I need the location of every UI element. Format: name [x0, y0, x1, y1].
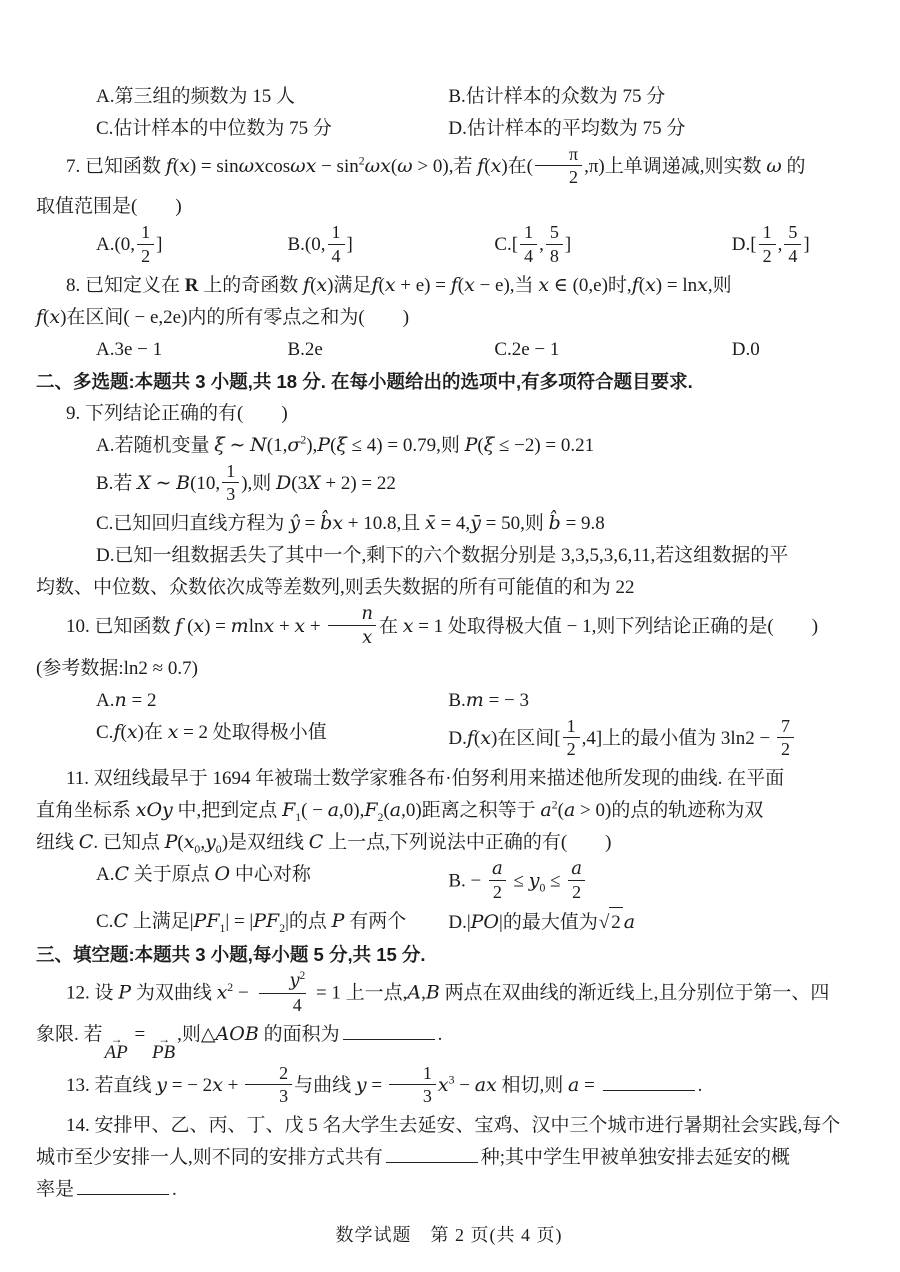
text-run: A.若随机变量 — [96, 435, 214, 456]
math-var: x — [212, 1074, 223, 1096]
math-var: x — [168, 721, 179, 743]
option-cell: A.C 关于原点 O 中心对称 — [96, 860, 448, 904]
fraction-numerator: 1 — [759, 222, 776, 243]
text-run: ,则 — [708, 275, 732, 296]
fraction-numerator: π — [535, 144, 582, 165]
text-run: 13. 若直线 — [66, 1075, 156, 1096]
text-run: 12. 设 — [66, 983, 118, 1004]
text-run: > 0),若 — [413, 156, 478, 177]
text-run: ∼ — [225, 435, 250, 456]
text-line: f(x)在区间( − e,2e)内的所有零点之和为( ) — [36, 303, 862, 332]
text-run: 1 — [226, 461, 235, 481]
option-cell: B.m = − 3 — [448, 686, 862, 715]
math-var: x — [438, 1074, 449, 1096]
option-cell: C.估计样本的中位数为 75 分 — [96, 114, 448, 143]
text-run: C.估计样本的中位数为 75 分 — [96, 118, 332, 139]
text-run: |的点 — [285, 911, 332, 932]
text-run: A. — [96, 864, 114, 885]
math-var: a — [564, 799, 575, 821]
text-run: 上满足| — [128, 911, 194, 932]
fraction-denominator: 2 — [137, 244, 154, 266]
text-run: = — [579, 1075, 599, 1096]
math-var: f — [467, 727, 474, 749]
sqrt-term: √2 — [599, 907, 623, 937]
superscript: 2 — [300, 970, 306, 982]
text-run: ≤ −2) = 0.21 — [494, 435, 594, 456]
text-run: 二、多选题:本题共 3 小题,共 18 分. 在每小题给出的选项中,有多项符合题… — [36, 371, 693, 392]
math-var: x — [538, 274, 549, 296]
text-run: 4 — [524, 246, 533, 266]
option-cell: D.|PO|的最大值为√2a — [448, 907, 862, 937]
fraction-denominator: x — [328, 625, 376, 648]
option-cell: C.[14,58] — [494, 224, 731, 267]
text-run: D.0 — [732, 339, 760, 360]
fraction-numerator: 2 — [245, 1063, 292, 1084]
math-var: A — [407, 982, 421, 1004]
text-run: = − 2 — [167, 1075, 212, 1096]
math-var: N — [250, 434, 267, 456]
text-run: | = | — [225, 911, 253, 932]
text-run: = 2 处取得极小值 — [178, 722, 326, 743]
text-run: 上的奇函数 — [199, 275, 304, 296]
math-var: C — [114, 863, 129, 885]
text-run: B.估计样本的众数为 75 分 — [448, 86, 665, 107]
math-var: y — [356, 1074, 367, 1096]
math-fraction: y24 — [255, 970, 309, 1014]
math-fraction: 54 — [784, 222, 801, 265]
math-var: x — [263, 615, 274, 637]
math-fraction: a2 — [567, 858, 586, 902]
text-run: − e),当 — [475, 275, 538, 296]
math-var: b̂ — [320, 512, 332, 534]
text-run: 中心对称 — [230, 864, 311, 885]
text-run: 10. 已知函数 — [66, 616, 175, 637]
text-run: 在 — [379, 616, 403, 637]
fraction-numerator: 1 — [520, 222, 537, 243]
fraction-denominator: 4 — [328, 244, 345, 266]
math-fraction: 12 — [137, 222, 154, 265]
fraction-numerator: 1 — [328, 222, 345, 243]
text-line: 9. 下列结论正确的有( ) — [36, 399, 862, 428]
option-row: A.C 关于原点 O 中心对称B. − a2 ≤ y0 ≤ a2 — [36, 860, 862, 904]
text-run: , — [778, 234, 783, 255]
text-run: 4 — [293, 995, 302, 1015]
math-fraction: 58 — [546, 222, 563, 265]
math-var: f — [303, 274, 310, 296]
vector-base: AP — [105, 1043, 128, 1062]
fraction-denominator: 3 — [389, 1084, 436, 1106]
text-run: ,4]上的最小值为 3ln2 − — [582, 728, 775, 749]
math-var: a — [568, 1074, 579, 1096]
math-var: P — [118, 982, 131, 1004]
text-run: ) = sin — [190, 156, 239, 177]
text-run: 3 — [226, 484, 235, 504]
option-cell: D.0 — [732, 335, 862, 364]
text-run: D.已知一组数据丢失了其中一个,剩下的六个数据分别是 3,3,5,3,6,11,… — [96, 545, 788, 566]
math-fraction: π2 — [535, 144, 582, 187]
math-var: n — [114, 689, 126, 711]
math-var: C — [113, 910, 128, 932]
text-run: ) = — [204, 616, 231, 637]
text-run: ( — [182, 616, 193, 637]
fraction-numerator: n — [327, 603, 377, 625]
text-run: 2 — [567, 739, 576, 759]
text-run: ),则 — [241, 473, 276, 494]
text-line: 均数、中位数、众数依次成等差数列,则丢失数据的所有可能值的和为 22 — [36, 573, 862, 602]
math-var: PO — [471, 911, 499, 933]
text-run: ,0)距离之积等于 — [401, 800, 540, 821]
text-run: 均数、中位数、众数依次成等差数列,则丢失数据的所有可能值的和为 22 — [36, 577, 635, 598]
text-run: 7 — [781, 716, 790, 736]
text-run: A. — [96, 690, 114, 711]
text-run: ,0), — [339, 800, 364, 821]
fraction-denominator: 2 — [489, 880, 506, 902]
text-run: (1, — [267, 435, 288, 456]
text-run: = — [130, 1024, 150, 1045]
text-run: = 1 处取得极大值 − 1,则下列结论正确的是( ) — [413, 616, 818, 637]
math-var: a — [540, 799, 551, 821]
option-row: C.C 上满足|PF1| = |PF2|的点 P 有两个D.|PO|的最大值为√… — [36, 907, 862, 937]
math-var: a — [571, 858, 582, 879]
text-run: C. — [96, 722, 113, 743]
math-var: x — [179, 155, 190, 177]
text-run: 9. 下列结论正确的有( ) — [66, 403, 288, 424]
math-var: C — [309, 831, 324, 853]
text-run: + 10.8,且 — [343, 513, 425, 534]
text-run: 1 — [567, 716, 576, 736]
text-run: 城市至少安排一人,则不同的安排方式共有 — [36, 1147, 383, 1168]
text-run: B. — [448, 690, 465, 711]
math-var: f — [451, 274, 458, 296]
option-row: A.第三组的频数为 15 人B.估计样本的众数为 75 分 — [36, 82, 862, 111]
text-run: )满足 — [327, 275, 371, 296]
text-run: + — [274, 616, 294, 637]
text-run: 1 — [423, 1063, 432, 1083]
page-footer: 数学试题 第 2 页(共 4 页) — [36, 1221, 862, 1247]
text-run: ∼ — [151, 473, 176, 494]
math-var: m — [466, 689, 484, 711]
option-cell: B. − a2 ≤ y0 ≤ a2 — [448, 860, 862, 904]
text-line: B.若 X ∼ B(10,13),则 D(3X + 2) = 22 — [36, 463, 862, 506]
text-run: π — [569, 144, 578, 164]
math-var: a — [624, 911, 635, 933]
text-run: ,π)上单调递减,则实数 — [584, 156, 766, 177]
text-run: ) = ln — [656, 275, 697, 296]
math-var: x — [645, 274, 656, 296]
math-var: ξ — [484, 434, 494, 456]
text-run: 11. 双纽线最早于 1694 年被瑞士数学家雅各布·伯努利用来描述他所发现的曲… — [66, 768, 784, 789]
math-var: ax — [475, 1074, 497, 1096]
text-run: )在 — [138, 722, 168, 743]
text-run: 3 — [423, 1086, 432, 1106]
text-line: 10. 已知函数 f (x) = mlnx + x + nx在 x = 1 处取… — [36, 605, 862, 650]
text-run: D.[ — [732, 234, 757, 255]
math-var: ξ — [214, 434, 224, 456]
text-run: 象限. 若 — [36, 1024, 103, 1045]
math-fraction: 13 — [389, 1063, 436, 1106]
math-var: x — [316, 274, 327, 296]
math-var: P — [465, 434, 478, 456]
text-run: = 9.8 — [561, 513, 605, 534]
option-cell: C.C 上满足|PF1| = |PF2|的点 P 有两个 — [96, 907, 448, 937]
vector-term: →AP — [105, 1036, 128, 1062]
text-run: 1 — [141, 222, 150, 242]
text-run: cos — [265, 156, 290, 177]
text-line: C.已知回归直线方程为 ŷ = b̂x + 10.8,且 x̄ = 4,ȳ = … — [36, 509, 862, 538]
fraction-denominator: 4 — [259, 993, 306, 1015]
math-var: ȳ — [470, 512, 481, 534]
blank-answer-field — [77, 1189, 169, 1195]
math-var: P — [165, 831, 178, 853]
math-var: f — [36, 306, 43, 328]
fraction-denominator: 2 — [777, 737, 794, 759]
text-run: ≤ — [509, 871, 529, 892]
math-var: xOy — [136, 799, 173, 821]
math-bold: R — [185, 275, 199, 296]
option-cell: C.2e − 1 — [494, 335, 731, 364]
text-run: C. — [96, 911, 113, 932]
fraction-numerator: 1 — [222, 461, 239, 482]
math-var: x — [217, 982, 228, 1004]
text-run: C.[ — [494, 234, 518, 255]
math-var: x — [49, 306, 60, 328]
text-run: 直角坐标系 — [36, 800, 136, 821]
text-run: , — [539, 234, 544, 255]
text-run: 4 — [788, 246, 797, 266]
math-fraction: 12 — [759, 222, 776, 265]
text-run: ] — [156, 234, 162, 255]
text-run: ), — [306, 435, 317, 456]
radical-sign-icon: √ — [599, 908, 609, 937]
fraction-denominator: 3 — [222, 482, 239, 504]
math-var: σ — [287, 434, 300, 456]
math-fraction: 13 — [222, 461, 239, 504]
math-var: X — [137, 472, 151, 494]
math-var: F — [364, 799, 377, 821]
math-var: ŷ — [289, 512, 300, 534]
math-var: x̄ — [425, 512, 436, 534]
math-var: x — [480, 727, 491, 749]
text-run: 1 — [332, 222, 341, 242]
option-row: A.n = 2B.m = − 3 — [36, 686, 862, 715]
math-var: x — [332, 512, 343, 534]
text-line: 二、多选题:本题共 3 小题,共 18 分. 在每小题给出的选项中,有多项符合题… — [36, 367, 862, 396]
text-run: A.(0, — [96, 234, 135, 255]
math-var: f — [166, 155, 173, 177]
math-var: f — [632, 274, 639, 296]
text-run: . 已知点 — [93, 832, 164, 853]
math-var: C — [79, 831, 94, 853]
fraction-numerator: 1 — [137, 222, 154, 243]
fraction-denominator: 8 — [546, 244, 563, 266]
text-run: ≤ 4) = 0.79,则 — [347, 435, 465, 456]
text-run: 2 — [141, 246, 150, 266]
fraction-denominator: 4 — [520, 244, 537, 266]
text-line: 象限. 若→AP = →PB,则△AOB 的面积为. — [36, 1020, 862, 1062]
math-var: x — [491, 155, 502, 177]
text-run: 5 — [550, 222, 559, 242]
text-run: = − 3 — [484, 690, 529, 711]
text-run: . — [438, 1024, 443, 1045]
text-line: 13. 若直线 y = − 2x + 23与曲线 y = 13x3 − ax 相… — [36, 1065, 862, 1108]
text-line: (参考数据:ln2 ≈ 0.7) — [36, 654, 862, 683]
text-run: ] — [565, 234, 571, 255]
text-line: 8. 已知定义在 R 上的奇函数 f(x)满足f(x + e) = f(x − … — [36, 271, 862, 300]
text-run: )在区间[ — [491, 728, 561, 749]
text-run: . — [698, 1075, 703, 1096]
fraction-numerator: y2 — [255, 970, 309, 992]
radicand: 2 — [609, 907, 623, 937]
math-var: AOB — [216, 1023, 259, 1045]
math-var: y — [529, 870, 540, 892]
text-run: 2 — [572, 882, 581, 902]
exam-page: A.第三组的频数为 15 人B.估计样本的众数为 75 分C.估计样本的中位数为… — [0, 0, 900, 1272]
option-row: A.(0,12]B.(0,14]C.[14,58]D.[12,54] — [36, 224, 862, 267]
text-run: 率是 — [36, 1179, 74, 1200]
blank-answer-field — [386, 1157, 478, 1163]
text-line: 率是. — [36, 1175, 862, 1204]
option-cell: C.f(x)在 x = 2 处取得极小值 — [96, 718, 448, 761]
text-run: D.| — [448, 912, 470, 933]
text-run: ] — [803, 234, 809, 255]
text-run: )在( — [501, 156, 533, 177]
text-run: 2 — [279, 1063, 288, 1083]
math-var: B — [176, 472, 190, 494]
text-run: ∈ (0,e)时, — [549, 275, 632, 296]
fraction-denominator: 2 — [563, 737, 580, 759]
text-run: 2 — [781, 739, 790, 759]
math-var: PF — [253, 910, 279, 932]
option-row: C.f(x)在 x = 2 处取得极小值D.f(x)在区间[12,4]上的最小值… — [36, 718, 862, 761]
math-fraction: 72 — [777, 716, 794, 759]
text-run: 两点在双曲线的渐近线上,且分别位于第一、四 — [440, 983, 830, 1004]
text-run: )在区间( − e,2e)内的所有零点之和为( ) — [60, 307, 409, 328]
math-fraction: 12 — [563, 716, 580, 759]
text-run: 相切,则 — [497, 1075, 568, 1096]
text-run: 中,把到定点 — [173, 800, 282, 821]
text-line: 14. 安排甲、乙、丙、丁、戊 5 名大学生去延安、宝鸡、汉中三个城市进行暑期社… — [36, 1111, 862, 1140]
math-var: m — [231, 615, 249, 637]
text-run: A.3e − 1 — [96, 339, 162, 360]
math-var: ω — [397, 155, 413, 177]
math-var: a — [328, 799, 339, 821]
text-run: B. − — [448, 871, 486, 892]
text-run: 5 — [788, 222, 797, 242]
text-run: )是双纽线 — [222, 832, 309, 853]
option-cell: D.[12,54] — [732, 224, 862, 267]
option-cell: A.n = 2 — [96, 686, 448, 715]
text-run: 为双曲线 — [131, 983, 217, 1004]
text-run: 2 — [763, 246, 772, 266]
text-run: C.2e − 1 — [494, 339, 559, 360]
math-var: O — [215, 863, 231, 885]
math-var: ω — [766, 155, 782, 177]
text-run: 取值范围是( ) — [36, 196, 182, 217]
text-run: ≤ — [545, 871, 565, 892]
math-var: ωx — [365, 155, 391, 177]
math-var: x — [385, 274, 396, 296]
text-line: 11. 双纽线最早于 1694 年被瑞士数学家雅各布·伯努利用来描述他所发现的曲… — [36, 764, 862, 793]
text-run: 3 — [279, 1086, 288, 1106]
blank-answer-field — [343, 1034, 435, 1040]
text-run: 8 — [550, 246, 559, 266]
fraction-numerator: 1 — [563, 716, 580, 737]
math-var: B — [426, 982, 440, 1004]
option-cell: D.f(x)在区间[12,4]上的最小值为 3ln2 − 72 — [448, 718, 862, 761]
math-var: x — [697, 274, 708, 296]
fraction-denominator: 4 — [784, 244, 801, 266]
text-run: 8. 已知定义在 — [66, 275, 185, 296]
text-run: |的最大值为 — [499, 912, 598, 933]
math-fraction: 14 — [520, 222, 537, 265]
math-var: D — [276, 472, 291, 494]
option-cell: A.第三组的频数为 15 人 — [96, 82, 448, 111]
text-run: + — [305, 616, 325, 637]
math-var: x — [184, 831, 195, 853]
option-cell: B.估计样本的众数为 75 分 — [448, 82, 862, 111]
math-var: F — [282, 799, 295, 821]
text-run: B.(0, — [288, 234, 326, 255]
math-var: n — [361, 603, 373, 624]
text-line: 取值范围是( ) — [36, 192, 862, 221]
text-run: = — [367, 1075, 387, 1096]
text-run: (参考数据:ln2 ≈ 0.7) — [36, 658, 198, 679]
text-run: = 2 — [127, 690, 157, 711]
text-run: ( − — [301, 800, 328, 821]
math-var: x — [403, 615, 414, 637]
math-var: y — [289, 970, 299, 991]
math-var: PF — [194, 910, 220, 932]
option-cell: B.(0,14] — [288, 224, 495, 267]
text-line: D.已知一组数据丢失了其中一个,剩下的六个数据分别是 3,3,5,3,6,11,… — [36, 541, 862, 570]
text-line: 纽线 C. 已知点 P(x0,y0)是双纽线 C 上一点,下列说法中正确的有( … — [36, 828, 862, 857]
math-fraction: a2 — [488, 858, 507, 902]
math-var: x — [464, 274, 475, 296]
math-var: a — [390, 799, 401, 821]
text-run: 14. 安排甲、乙、丙、丁、戊 5 名大学生去延安、宝鸡、汉中三个城市进行暑期社… — [66, 1115, 840, 1136]
text-run: D. — [448, 728, 466, 749]
fraction-numerator: a — [567, 858, 586, 880]
fraction-denominator: 2 — [759, 244, 776, 266]
text-run: − sin — [316, 156, 358, 177]
math-var: x — [362, 627, 372, 648]
text-line: 直角坐标系 xOy 中,把到定点 F1( − a,0),F2(a,0)距离之积等… — [36, 796, 862, 825]
text-line: 城市至少安排一人,则不同的安排方式共有种;其中学生甲被单独安排去延安的概 — [36, 1143, 862, 1172]
fraction-denominator: 2 — [535, 165, 582, 187]
text-run: 7. 已知函数 — [66, 156, 166, 177]
text-run: = 1 上一点, — [311, 983, 407, 1004]
text-run: + e) = — [396, 275, 451, 296]
text-run: > 0)的点的轨迹称为双 — [575, 800, 763, 821]
text-run: 关于原点 — [129, 864, 215, 885]
option-cell: A.(0,12] — [96, 224, 288, 267]
math-var: ωx — [290, 155, 316, 177]
fraction-numerator: 5 — [784, 222, 801, 243]
fraction-numerator: 1 — [389, 1063, 436, 1084]
fraction-denominator: 3 — [245, 1084, 292, 1106]
text-run: 1 — [524, 222, 533, 242]
option-cell: A.3e − 1 — [96, 335, 288, 364]
text-run: D.估计样本的平均数为 75 分 — [448, 118, 685, 139]
text-run: A.第三组的频数为 15 人 — [96, 86, 295, 107]
text-run: (10, — [190, 473, 220, 494]
text-run: . — [172, 1179, 177, 1200]
text-run: 2 — [569, 167, 578, 187]
fraction-numerator: 7 — [777, 716, 794, 737]
option-row: A.3e − 1B.2eC.2e − 1D.0 — [36, 335, 862, 364]
text-run: + — [223, 1075, 243, 1096]
text-run: 的 — [782, 156, 806, 177]
